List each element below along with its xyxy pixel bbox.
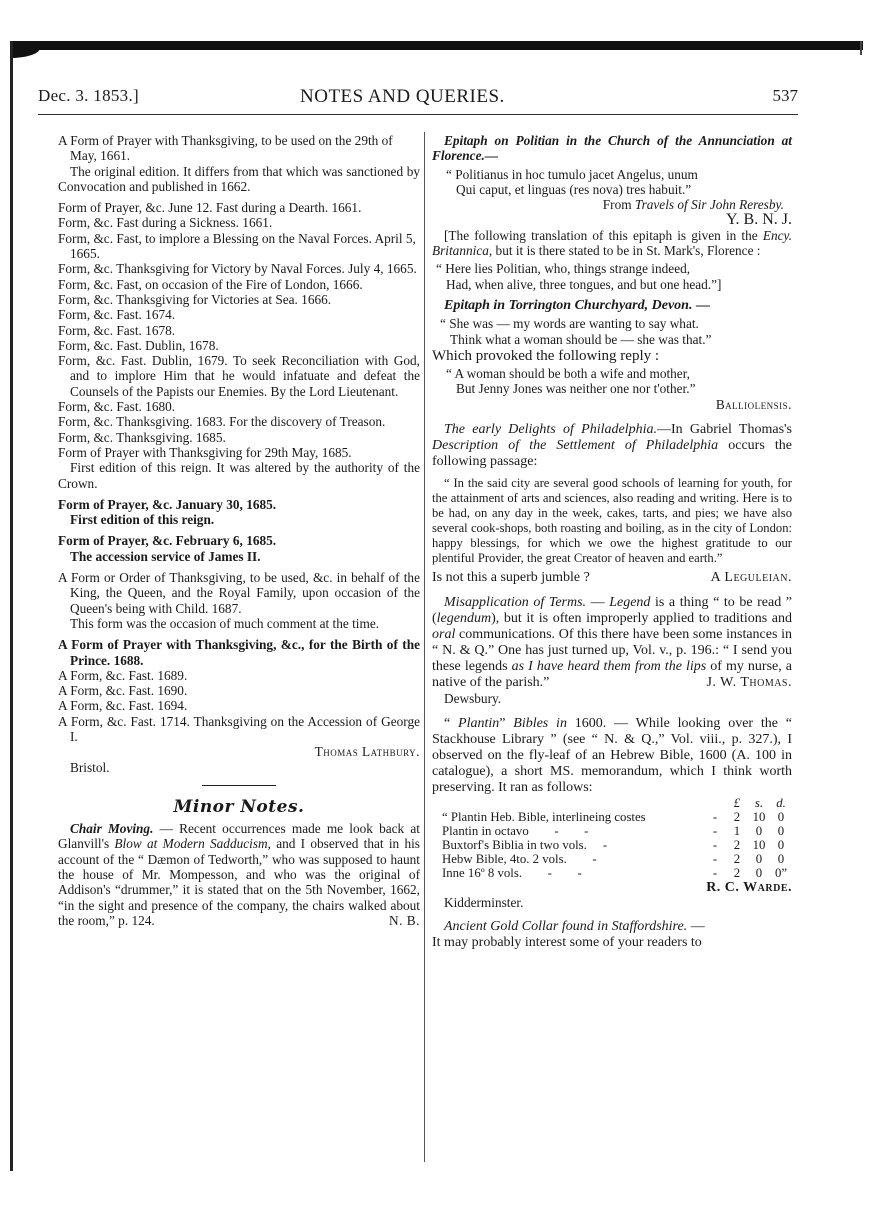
reply-verse: “ A woman should be both a wife and moth… [432,366,792,397]
list-item: A Form, &c. Fast. 1714. Thanksgiving on … [58,714,420,745]
table-row: Buxtorf's Biblia in two vols. -- 2 10 0 [432,838,792,852]
note-title: Chair Moving. [70,821,153,836]
page-left-edge [10,41,13,1171]
list-item: Form, &c. Fast. Dublin, 1679. To seek Re… [58,353,420,399]
philadelphia-quote: “ In the said city are several good scho… [432,476,792,566]
closing-line: Is not this a superb jumble ? A Leguleia… [432,570,792,585]
note-title-torrington: Epitaph in Torrington Churchyard, Devon.… [432,298,792,313]
list-item: Form, &c. Thanksgiving. 1683. For the di… [58,414,420,429]
torrington-verse: “ She was — my words are wanting to say … [432,316,792,347]
note-title: Misapplication of Terms. [444,595,586,610]
list-item: Form, &c. Thanksgiving for Victories at … [58,292,420,307]
list-item: Form, &c. Thanksgiving. 1685. [58,430,420,445]
note-plantin: “ Plantin” Bibles in 1600. — While looki… [432,716,792,796]
page-number: 537 [773,86,799,106]
note-gold-collar: Ancient Gold Collar found in Staffordshi… [432,919,792,935]
list-item: A Form or Order of Thanksgiving, to be u… [58,570,420,616]
note-title: Ancient Gold Collar found in Staffordshi… [444,919,687,934]
book-title: Blow at Modern Sadducism [114,836,267,851]
author-signature: A Leguleian. [711,570,792,585]
list-item: Form of Prayer, &c. January 30, 1685. [58,497,420,512]
table-row: Hebw Bible, 4to. 2 vols. -- 2 0 0 [432,852,792,866]
entry-note: First edition of this reign. [58,512,420,527]
list-item: Form, &c. Fast during a Sickness. 1661. [58,215,420,230]
reply-intro: Which provoked the following reply : [432,349,792,364]
editor-note: [The following translation of this epita… [432,228,792,259]
list-item: A Form, &c. Fast. 1694. [58,698,420,713]
author-signature: Balliolensis. [432,397,792,412]
translation-verse: “ Here lies Politian, who, things strang… [432,261,792,292]
list-item: A Form of Prayer with Thanksgiving, to b… [58,133,420,164]
list-item: Form, &c. Fast. 1678. [58,323,420,338]
header-rule [38,114,798,115]
page-corner-curl [10,48,40,58]
author-place: Bristol. [58,760,420,775]
author-place: Dewsbury. [432,691,792,706]
entry-note: The accession service of James II. [58,549,420,564]
list-item: Form of Prayer, &c. June 12. Fast during… [58,200,420,215]
list-item: Form, &c. Fast. 1674. [58,307,420,322]
list-item: Form, &c. Fast, to implore a Blessing on… [58,231,420,262]
note-title: Plantin [458,716,499,731]
journal-title: NOTES AND QUERIES. [300,86,505,108]
list-item: Form, &c. Fast. Dublin, 1678. [58,338,420,353]
list-item: A Form, &c. Fast. 1690. [58,683,420,698]
table-row: Inne 16º 8 vols. - -- 2 0 0” [432,866,792,880]
quote-source: From Travels of Sir John Reresby. [432,197,792,212]
section-rule [202,785,276,786]
list-item: Form, &c. Fast, on occasion of the Fire … [58,277,420,292]
page-right-edge [860,41,862,55]
author-signature: R. C. Warde. [432,880,792,895]
table-row: “ Plantin Heb. Bible, interlineing coste… [432,810,792,824]
list-item: Form of Prayer, &c. February 6, 1685. [58,533,420,548]
column-divider [424,132,425,1162]
running-header: Dec. 3. 1853.] NOTES AND QUERIES. 537 [38,86,798,110]
list-item: Form, &c. Fast. 1680. [58,399,420,414]
note-title: The early Delights of Philadelphia. [444,422,657,437]
ledger-header: £ s. d. [432,796,792,810]
left-column: A Form of Prayer with Thanksgiving, to b… [58,133,420,929]
latin-epitaph: “ Politianus in hoc tumulo jacet Angelus… [432,167,792,198]
author-place: Kidderminster. [432,895,792,910]
page-top-edge [10,41,863,50]
note-chair-moving: Chair Moving. — Recent occurrences made … [58,821,420,928]
entry-note: First edition of this reign. It was alte… [58,460,420,491]
book-title: Description of the Settlement of Philade… [432,438,718,453]
note-philadelphia: The early Delights of Philadelphia.—In G… [432,422,792,470]
table-row: Plantin in octavo - -- 1 0 0 [432,824,792,838]
author-signature: Thomas Lathbury. [58,744,420,759]
list-item: Form of Prayer with Thanksgiving for 29t… [58,445,420,460]
gold-collar-body: It may probably interest some of your re… [432,935,792,951]
list-item: A Form of Prayer with Thanksgiving, &c.,… [58,637,420,668]
list-item: A Form, &c. Fast. 1689. [58,668,420,683]
note-title-politian: Epitaph on Politian in the Church of the… [432,133,792,164]
right-column: Epitaph on Politian in the Church of the… [432,133,792,951]
header-date: Dec. 3. 1853.] [38,86,139,106]
cost-ledger: £ s. d. “ Plantin Heb. Bible, interlinei… [432,796,792,880]
author-signature: Y. B. N. J. [432,212,792,227]
section-heading: Minor Notes. [58,800,420,815]
entry-note: This form was the occasion of much comme… [58,616,420,631]
list-item: Form, &c. Thanksgiving for Victory by Na… [58,261,420,276]
entry-note: The original edition. It differs from th… [58,164,420,195]
